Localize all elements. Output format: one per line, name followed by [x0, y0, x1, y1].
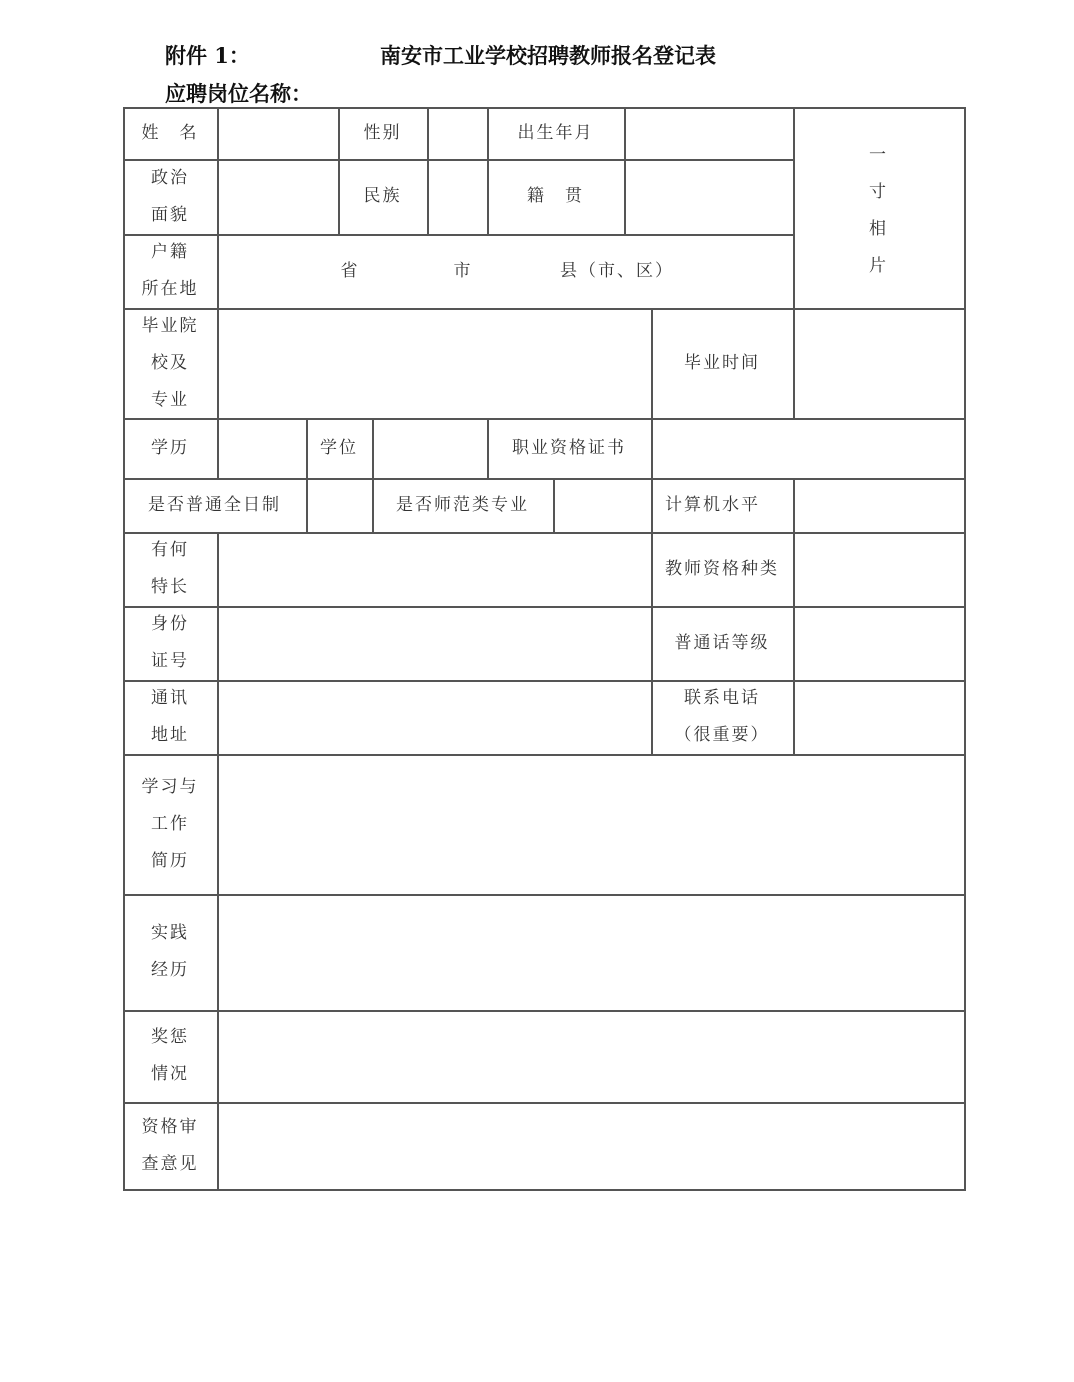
- label-computer-level: 计算机水平: [651, 478, 793, 532]
- input-computer-level[interactable]: [793, 478, 964, 532]
- input-specialty[interactable]: [217, 532, 651, 606]
- input-id-number[interactable]: [217, 606, 651, 680]
- input-name[interactable]: [217, 107, 338, 159]
- label-birth: 出生年月: [487, 107, 624, 159]
- input-phone[interactable]: [793, 680, 964, 754]
- input-school-major[interactable]: [217, 308, 651, 418]
- label-id-number: 身份 证号: [123, 606, 217, 680]
- input-review[interactable]: [217, 1102, 964, 1190]
- label-grad-time: 毕业时间: [651, 308, 793, 418]
- input-degree[interactable]: [372, 418, 487, 478]
- attachment-label: 附件 1：: [165, 40, 250, 70]
- label-teacher-cert-type: 教师资格种类: [651, 532, 793, 606]
- label-awards: 奖惩 情况: [123, 1010, 217, 1102]
- input-fulltime[interactable]: [306, 478, 372, 532]
- position-label: 应聘岗位名称：: [165, 78, 312, 108]
- input-vocational-cert[interactable]: [651, 418, 964, 478]
- label-specialty: 有何 特长: [123, 532, 217, 606]
- label-ethnicity: 民族: [338, 159, 427, 234]
- input-gender[interactable]: [427, 107, 487, 159]
- label-political: 政治 面貌: [123, 159, 217, 234]
- input-grad-time[interactable]: [793, 308, 964, 418]
- label-native-place: 籍 贯: [487, 159, 624, 234]
- input-education[interactable]: [217, 418, 306, 478]
- label-normal-major: 是否师范类专业: [372, 478, 553, 532]
- input-mandarin-level[interactable]: [793, 606, 964, 680]
- label-review: 资格审 查意见: [123, 1102, 217, 1190]
- household-city: 市: [448, 234, 478, 308]
- label-mandarin-level: 普通话等级: [651, 606, 793, 680]
- input-political[interactable]: [217, 159, 338, 234]
- label-degree: 学位: [306, 418, 372, 478]
- form-title: 南安市工业学校招聘教师报名登记表: [380, 40, 716, 70]
- input-ethnicity[interactable]: [427, 159, 487, 234]
- label-gender: 性别: [338, 107, 427, 159]
- label-name: 姓 名: [123, 107, 217, 159]
- household-province: 省: [335, 234, 365, 308]
- label-education: 学历: [123, 418, 217, 478]
- label-school-major: 毕业院 校及 专业: [123, 308, 217, 418]
- input-address[interactable]: [217, 680, 651, 754]
- label-practice: 实践 经历: [123, 894, 217, 1010]
- input-normal-major[interactable]: [553, 478, 651, 532]
- table-border-right: [964, 107, 966, 1190]
- input-teacher-cert-type[interactable]: [793, 532, 964, 606]
- label-household: 户籍 所在地: [123, 234, 217, 308]
- label-phone: 联系电话 （很重要）: [651, 680, 793, 754]
- label-fulltime: 是否普通全日制: [123, 478, 306, 532]
- household-county: 县（市、区）: [552, 234, 682, 308]
- input-resume[interactable]: [217, 754, 964, 894]
- label-vocational-cert: 职业资格证书: [487, 418, 651, 478]
- input-birth[interactable]: [624, 107, 793, 159]
- photo-box[interactable]: 一 寸 相 片: [793, 107, 964, 308]
- label-address: 通讯 地址: [123, 680, 217, 754]
- input-native-place[interactable]: [624, 159, 793, 234]
- input-awards[interactable]: [217, 1010, 964, 1102]
- input-practice[interactable]: [217, 894, 964, 1010]
- label-resume: 学习与 工作 简历: [123, 754, 217, 894]
